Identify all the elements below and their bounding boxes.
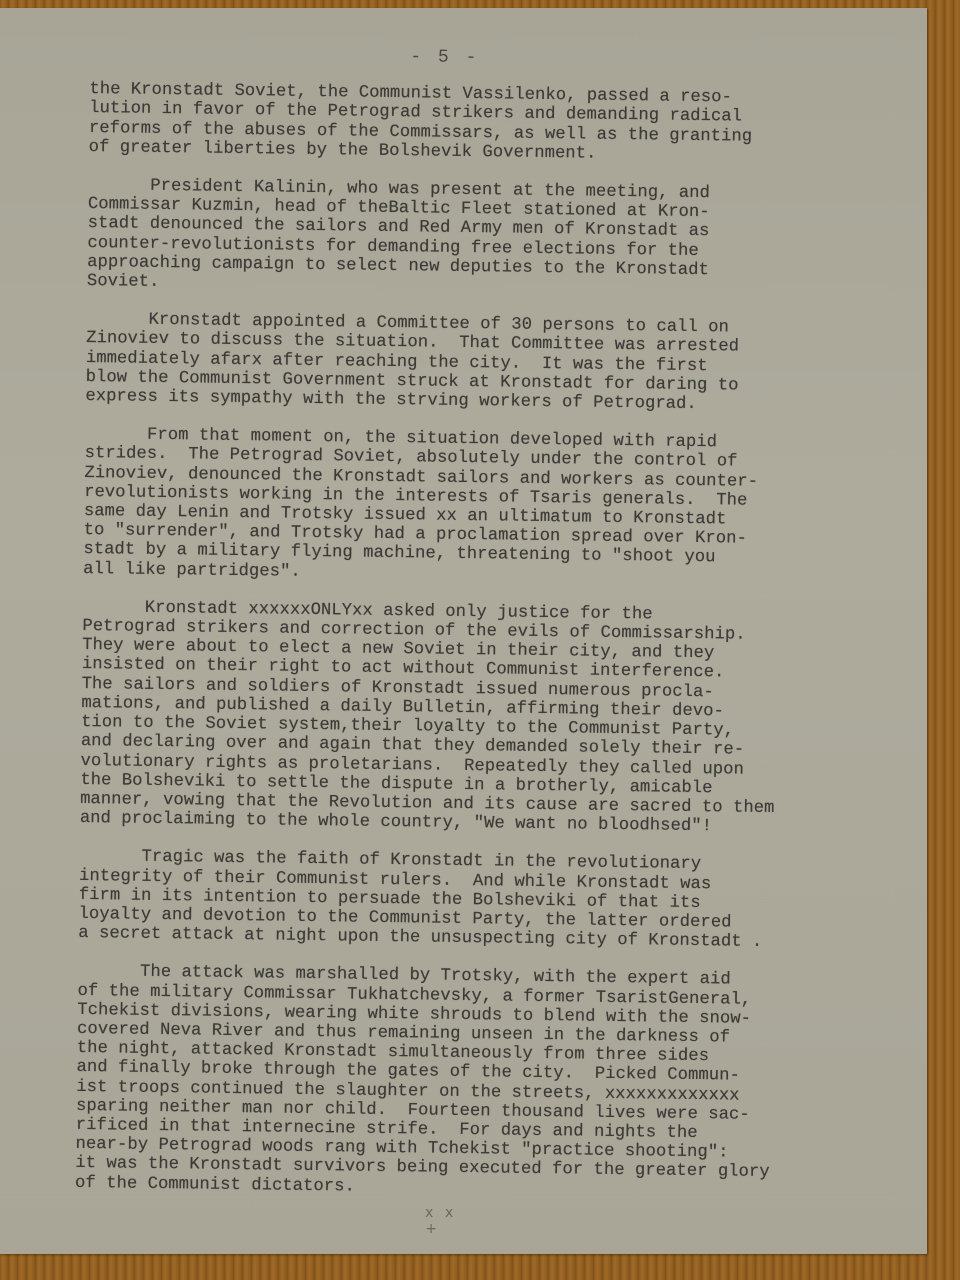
paragraph: Tragic was the faith of Kronstadt in the…: [78, 847, 869, 953]
typewritten-page: - 5 - the Kronstadt Soviet, the Communis…: [0, 8, 927, 1254]
paragraph: President Kalinin, who was present at th…: [87, 176, 878, 302]
page-text: - 5 - the Kronstadt Soviet, the Communis…: [75, 44, 880, 1222]
paragraph: Kronstadt appointed a Committee of 30 pe…: [85, 310, 876, 416]
handwritten-mark: x: [445, 1205, 473, 1221]
page-number: - 5 -: [10, 43, 880, 74]
paragraph: Kronstadt xxxxxxONLYxx asked only justic…: [80, 598, 873, 839]
handwritten-marks: x+x: [425, 1205, 513, 1221]
paragraphs-container: the Kronstadt Soviet, the Communist Vass…: [75, 80, 879, 1203]
paragraph: the Kronstadt Soviet, the Communist Vass…: [89, 80, 880, 167]
handwritten-mark: +: [425, 1221, 457, 1237]
paragraph: The attack was marshalled by Trotsky, wi…: [75, 962, 868, 1203]
paragraph: From that moment on, the situation devel…: [83, 425, 875, 589]
